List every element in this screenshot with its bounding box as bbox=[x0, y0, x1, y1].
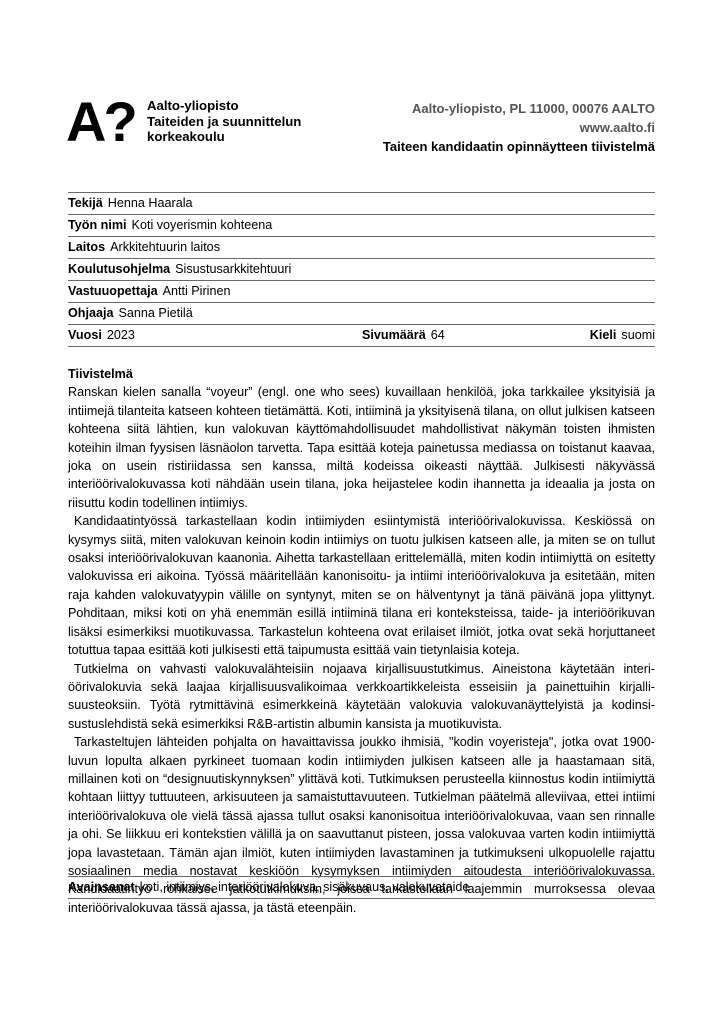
school-name-line: Aalto-yliopisto bbox=[147, 98, 301, 114]
meta-row-year-pages-language: Vuosi2023 Sivumäärä64 Kielisuomi bbox=[68, 324, 655, 347]
postal-address: Aalto-yliopisto, PL 11000, 00076 AALTO bbox=[383, 99, 655, 118]
programme-value: Sisustusarkkitehtuuri bbox=[175, 262, 291, 276]
thesis-metadata: TekijäHenna Haarala Työn nimiKoti voyeri… bbox=[68, 192, 655, 347]
title-label: Työn nimi bbox=[68, 218, 127, 232]
meta-row-supervisor: VastuuopettajaAntti Pirinen bbox=[68, 280, 655, 302]
pages-field: Sivumäärä64 bbox=[362, 325, 445, 346]
pages-value: 64 bbox=[431, 328, 445, 342]
aalto-logo: A? bbox=[66, 96, 135, 148]
header-address-block: Aalto-yliopisto, PL 11000, 00076 AALTO w… bbox=[383, 99, 655, 156]
department-label: Laitos bbox=[68, 240, 105, 254]
title-value: Koti voyerismin kohteena bbox=[132, 218, 273, 232]
school-name-line: korkeakoulu bbox=[147, 129, 301, 145]
abstract-paragraph: Ranskan kielen sanalla “voyeur” (engl. o… bbox=[68, 383, 655, 512]
abstract-paragraph: Tutkielma on vahvasti valokuvalähteisiin… bbox=[68, 660, 655, 734]
year-label: Vuosi bbox=[68, 328, 102, 342]
keywords-value: koti, intiimiys, interiöörivalokuva, sis… bbox=[140, 880, 470, 894]
language-value: suomi bbox=[621, 328, 655, 342]
website-link[interactable]: www.aalto.fi bbox=[383, 118, 655, 137]
supervisor-label: Vastuuopettaja bbox=[68, 284, 158, 298]
meta-row-title: Työn nimiKoti voyerismin kohteena bbox=[68, 214, 655, 236]
author-label: Tekijä bbox=[68, 196, 103, 210]
abstract-section: Tiivistelmä Ranskan kielen sanalla “voye… bbox=[68, 365, 655, 917]
pages-label: Sivumäärä bbox=[362, 328, 426, 342]
keywords-label: Avainsanat bbox=[68, 880, 135, 894]
supervisor-value: Antti Pirinen bbox=[163, 284, 231, 298]
advisor-label: Ohjaaja bbox=[68, 306, 114, 320]
meta-row-author: TekijäHenna Haarala bbox=[68, 192, 655, 214]
abstract-heading: Tiivistelmä bbox=[68, 365, 655, 383]
department-value: Arkkitehtuurin laitos bbox=[110, 240, 220, 254]
author-value: Henna Haarala bbox=[108, 196, 193, 210]
abstract-paragraph: Kandidaatintyössä tarkastellaan kodin in… bbox=[68, 512, 655, 659]
meta-row-programme: KoulutusohjelmaSisustusarkkitehtuuri bbox=[68, 258, 655, 280]
document-title: Taiteen kandidaatin opinnäytteen tiivist… bbox=[383, 137, 655, 156]
keywords-row: Avainsanatkoti, intiimiys, interiöörival… bbox=[68, 876, 655, 899]
language-label: Kieli bbox=[590, 328, 617, 342]
language-field: Kielisuomi bbox=[590, 325, 655, 346]
year-value: 2023 bbox=[107, 328, 135, 342]
meta-row-department: LaitosArkkitehtuurin laitos bbox=[68, 236, 655, 258]
school-name: Aalto-yliopisto Taiteiden ja suunnittelu… bbox=[147, 98, 301, 145]
meta-row-advisor: OhjaajaSanna Pietilä bbox=[68, 302, 655, 324]
programme-label: Koulutusohjelma bbox=[68, 262, 170, 276]
school-name-line: Taiteiden ja suunnittelun bbox=[147, 114, 301, 130]
advisor-value: Sanna Pietilä bbox=[119, 306, 193, 320]
